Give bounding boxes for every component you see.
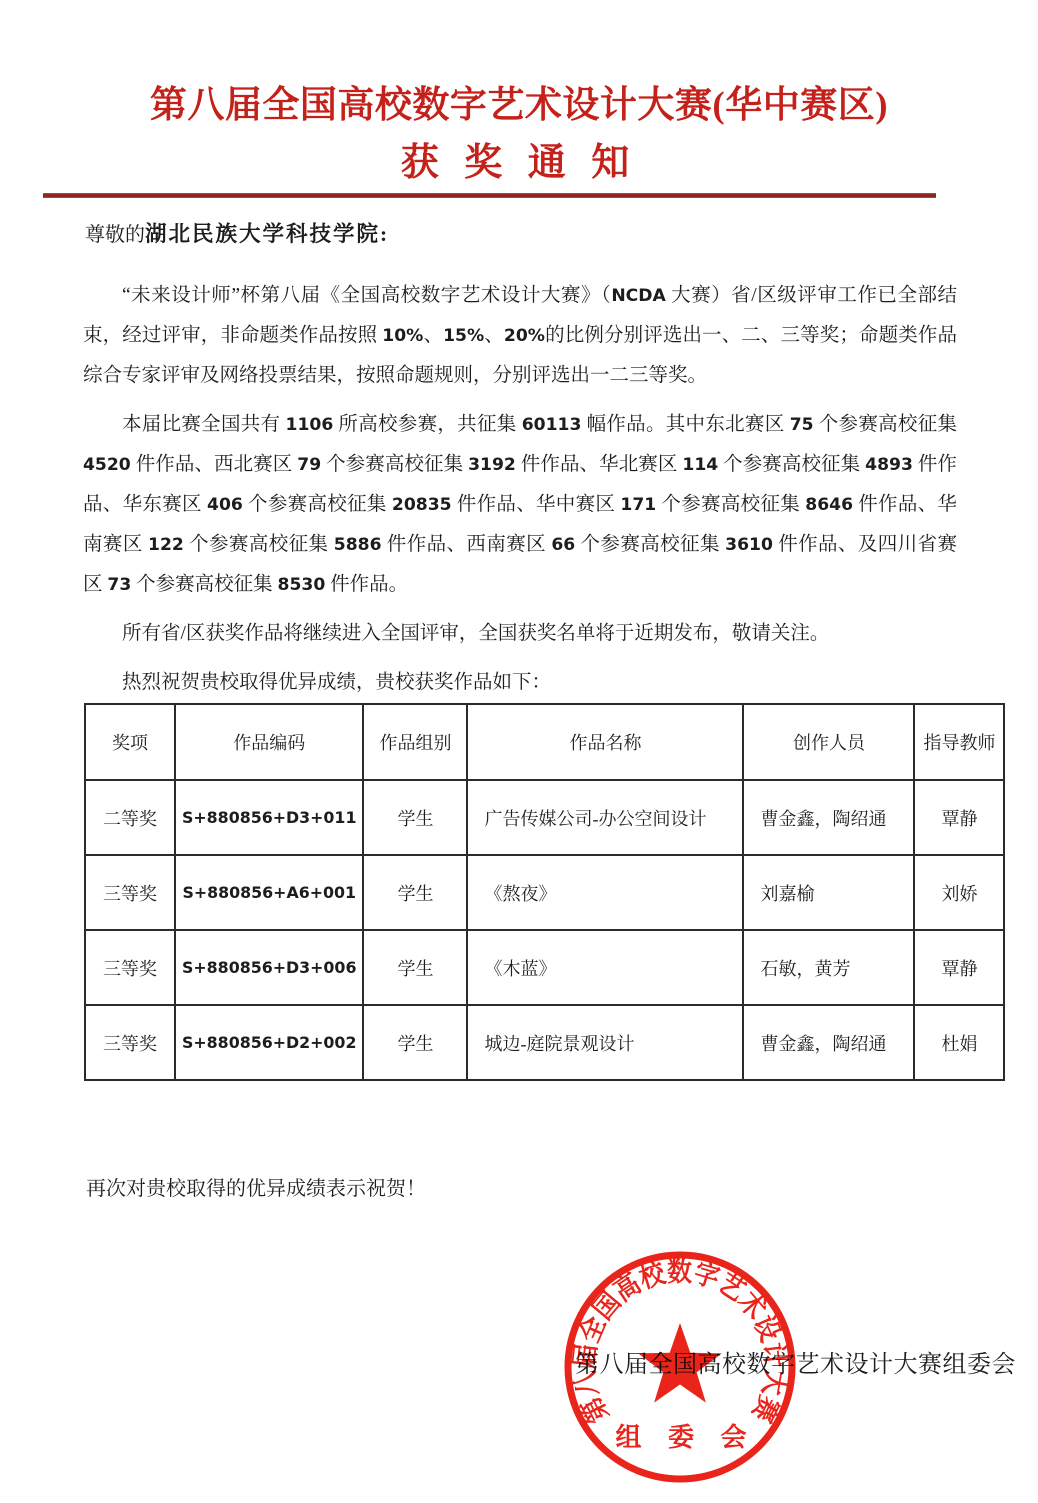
cell-work-name: 广告传媒公司-办公空间设计 — [467, 780, 743, 855]
cell-creators: 曹金鑫，陶绍通 — [743, 1005, 914, 1080]
table-header-row: 奖项 作品编码 作品组别 作品名称 创作人员 指导教师 — [85, 704, 1004, 780]
cell-award: 三等奖 — [85, 1005, 175, 1080]
header-work-name: 作品名称 — [467, 704, 743, 780]
header-creators: 创作人员 — [743, 704, 914, 780]
table-row: 二等奖 S+880856+D3+011 学生 广告传媒公司-办公空间设计 曹金鑫… — [85, 780, 1004, 855]
cell-advisor: 覃静 — [914, 780, 1004, 855]
cell-work-code: S+880856+D2+002 — [175, 1005, 363, 1080]
paragraph-participation-stats: 本届比赛全国共有 1106 所高校参赛，共征集 60113 幅作品。其中东北赛区… — [83, 405, 957, 605]
header-award: 奖项 — [85, 704, 175, 780]
header-advisor: 指导教师 — [914, 704, 1004, 780]
cell-work-code: S+880856+A6+001 — [175, 855, 363, 930]
cell-creators: 刘嘉榆 — [743, 855, 914, 930]
body-paragraphs: “未来设计师”杯第八届《全国高校数字艺术设计大赛》（NCDA 大赛）省/区级评审… — [83, 276, 957, 712]
award-table-header: 奖项 作品编码 作品组别 作品名称 创作人员 指导教师 — [85, 704, 1004, 780]
paragraph-review-summary: “未来设计师”杯第八届《全国高校数字艺术设计大赛》（NCDA 大赛）省/区级评审… — [83, 276, 957, 396]
paragraph-national-review: 所有省/区获奖作品将继续进入全国评审，全国获奖名单将于近期发布，敬请关注。 — [83, 614, 957, 654]
cell-award: 三等奖 — [85, 855, 175, 930]
cell-advisor: 杜娟 — [914, 1005, 1004, 1080]
salutation: 尊敬的湖北民族大学科技学院: — [85, 220, 389, 249]
award-table-body: 二等奖 S+880856+D3+011 学生 广告传媒公司-办公空间设计 曹金鑫… — [85, 780, 1004, 1080]
cell-work-name: 《熬夜》 — [467, 855, 743, 930]
cell-work-name: 《木蓝》 — [467, 930, 743, 1005]
document-title-line2: 获 奖 通 知 — [0, 131, 1038, 186]
cell-group: 学生 — [363, 780, 467, 855]
cell-group: 学生 — [363, 1005, 467, 1080]
cell-advisor: 刘娇 — [914, 855, 1004, 930]
cell-advisor: 覃静 — [914, 930, 1004, 1005]
header-work-code: 作品编码 — [175, 704, 363, 780]
cell-work-name: 城边-庭院景观设计 — [467, 1005, 743, 1080]
table-row: 三等奖 S+880856+A6+001 学生 《熬夜》 刘嘉榆 刘娇 — [85, 855, 1004, 930]
header-group: 作品组别 — [363, 704, 467, 780]
official-seal-stamp: 第八届全国高校数字艺术设计大赛 组 委 会 — [560, 1247, 800, 1487]
cell-creators: 石敏，黄芳 — [743, 930, 914, 1005]
cell-award: 三等奖 — [85, 930, 175, 1005]
closing-congratulations: 再次对贵校取得的优异成绩表示祝贺！ — [86, 1172, 426, 1201]
cell-group: 学生 — [363, 930, 467, 1005]
stamp-star-icon — [638, 1323, 722, 1403]
award-notice-document: 第八届全国高校数字艺术设计大赛(华中赛区) 获 奖 通 知 尊敬的湖北民族大学科… — [0, 0, 1038, 1503]
stamp-graphic: 第八届全国高校数字艺术设计大赛 组 委 会 — [560, 1247, 800, 1487]
table-row: 三等奖 S+880856+D2+002 学生 城边-庭院景观设计 曹金鑫，陶绍通… — [85, 1005, 1004, 1080]
cell-work-code: S+880856+D3+011 — [175, 780, 363, 855]
cell-creators: 曹金鑫，陶绍通 — [743, 780, 914, 855]
stamp-bottom-text: 组 委 会 — [615, 1423, 756, 1452]
document-title-line1: 第八届全国高校数字艺术设计大赛(华中赛区) — [0, 74, 1038, 128]
cell-work-code: S+880856+D3+006 — [175, 930, 363, 1005]
cell-group: 学生 — [363, 855, 467, 930]
cell-award: 二等奖 — [85, 780, 175, 855]
award-table: 奖项 作品编码 作品组别 作品名称 创作人员 指导教师 二等奖 S+880856… — [84, 703, 1005, 1081]
salutation-school-name: 湖北民族大学科技学院: — [145, 222, 389, 246]
paragraph-congrats-intro: 热烈祝贺贵校取得优异成绩，贵校获奖作品如下： — [83, 663, 957, 703]
title-divider-rule — [43, 193, 936, 198]
table-row: 三等奖 S+880856+D3+006 学生 《木蓝》 石敏，黄芳 覃静 — [85, 930, 1004, 1005]
salutation-prefix: 尊敬的 — [85, 224, 145, 246]
